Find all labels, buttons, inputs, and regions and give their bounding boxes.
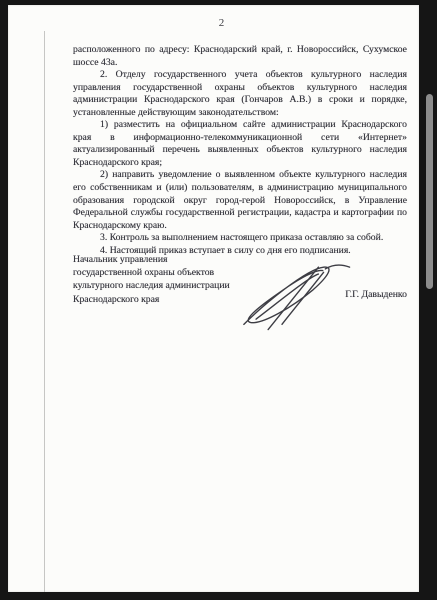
document-viewer: { "page": { "number": "2" }, "document":… bbox=[0, 0, 437, 600]
paragraph: 2) направить уведомление о выявленном об… bbox=[73, 169, 407, 232]
paragraph: 2. Отделу государственного учета объекто… bbox=[73, 69, 407, 119]
scrollbar-thumb[interactable] bbox=[426, 94, 433, 289]
signature-scribble bbox=[236, 255, 354, 333]
document-body: расположенного по адресу: Краснодарский … bbox=[73, 44, 407, 257]
scan-fold-line bbox=[44, 31, 45, 592]
signer-name: Г.Г. Давыденко bbox=[345, 289, 407, 300]
paragraph: 1) разместить на официальном сайте админ… bbox=[73, 119, 407, 169]
page-number: 2 bbox=[55, 17, 389, 29]
signature-block: Начальник управления государственной охр… bbox=[73, 253, 407, 348]
paragraph: расположенного по адресу: Краснодарский … bbox=[73, 44, 407, 69]
document-page: 2 расположенного по адресу: Краснодарски… bbox=[8, 5, 419, 592]
paragraph: 3. Контроль за выполнением настоящего пр… bbox=[73, 232, 407, 245]
